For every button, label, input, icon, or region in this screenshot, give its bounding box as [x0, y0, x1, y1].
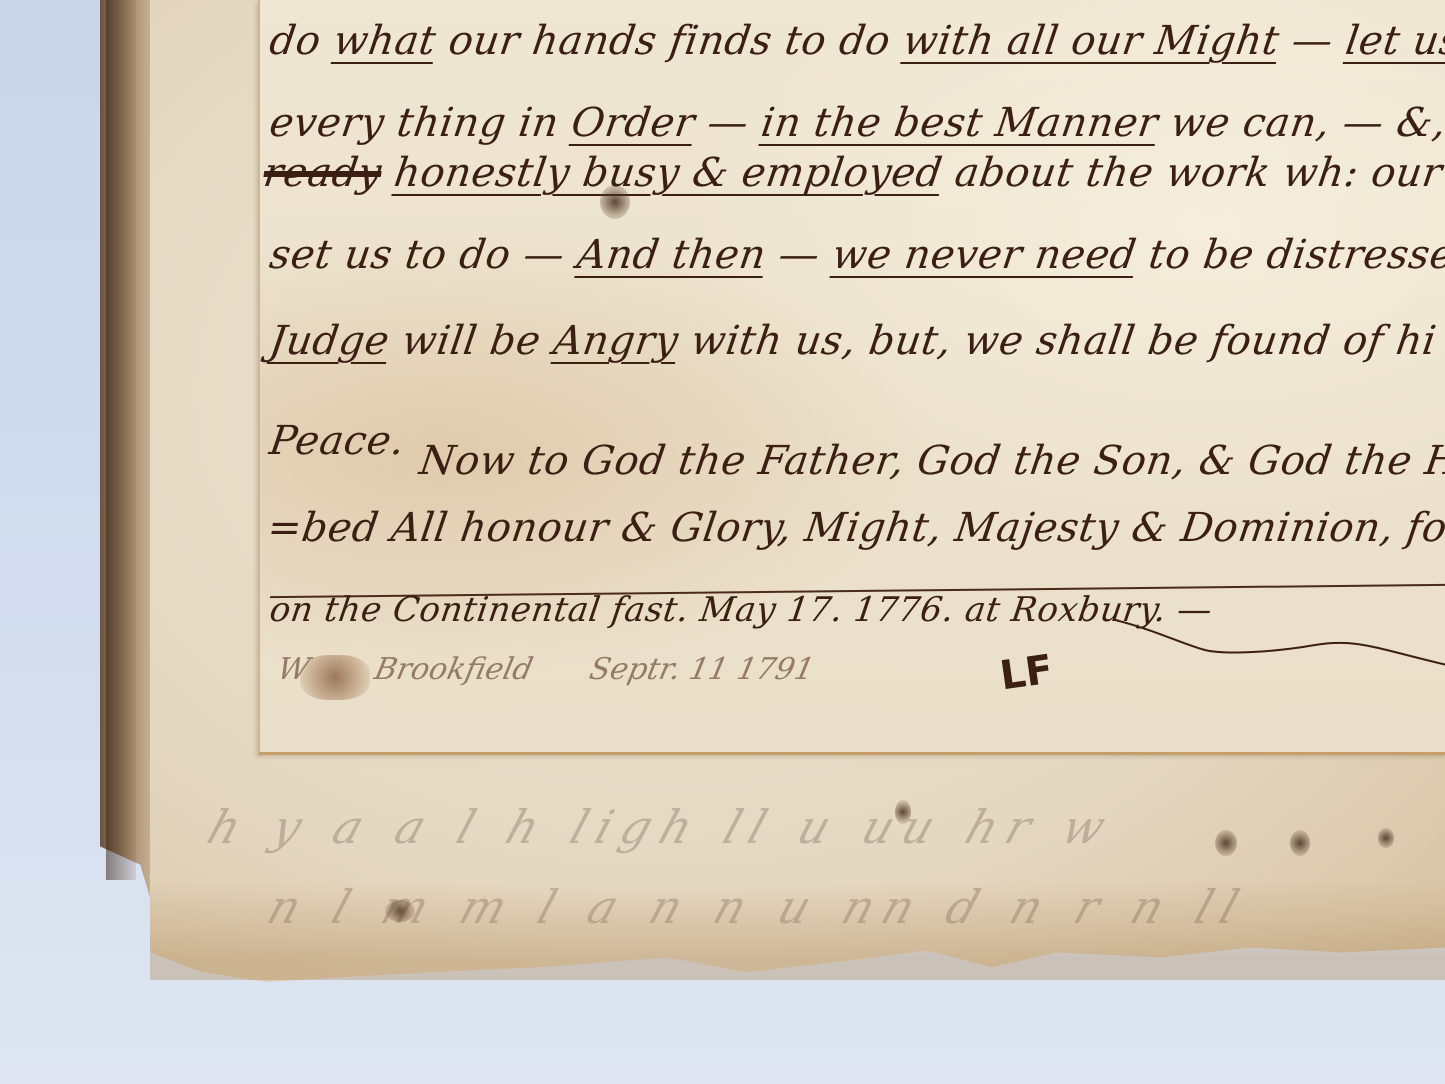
ink-blot — [1378, 828, 1394, 848]
pencil-note-date: Septr. 11 1791 — [586, 652, 817, 687]
ink-blot — [385, 900, 415, 922]
struck-word: ready — [261, 150, 385, 196]
manuscript-page: do what our hands finds to do with all o… — [258, 0, 1445, 755]
ink-blot — [1215, 830, 1237, 856]
manuscript-line-1: do what our hands finds to do with all o… — [267, 18, 1445, 64]
flourish-line — [1115, 610, 1445, 670]
manuscript-line-3: ready honestly busy & employed about the… — [261, 150, 1445, 196]
manuscript-line-6-doxology: Now to God the Father, God the Son, & Go… — [417, 438, 1445, 484]
manuscript-line-5: Judge will be Angry with us, but, we sha… — [267, 318, 1440, 364]
ink-blot — [895, 800, 911, 824]
colophon: on the Continental fast. May 17. 1776. a… — [267, 590, 1215, 630]
book-spine-shadow — [106, 0, 136, 880]
bleed-through-line: h y a a l h ligh ll u uu hr w — [201, 800, 1122, 854]
manuscript-line-6: Peace. — [267, 418, 408, 464]
initials-mark: LF — [997, 647, 1056, 700]
ink-blot — [600, 185, 630, 219]
ink-blot — [1290, 830, 1310, 856]
manuscript-line-2: every thing in Order — in the best Manne… — [267, 100, 1445, 146]
manuscript-line-4: set us to do — And then — we never need … — [267, 232, 1445, 278]
manuscript-line-7: =bed All honour & Glory, Might, Majesty … — [265, 505, 1445, 551]
pencil-note-place: Brookfield — [371, 652, 536, 687]
